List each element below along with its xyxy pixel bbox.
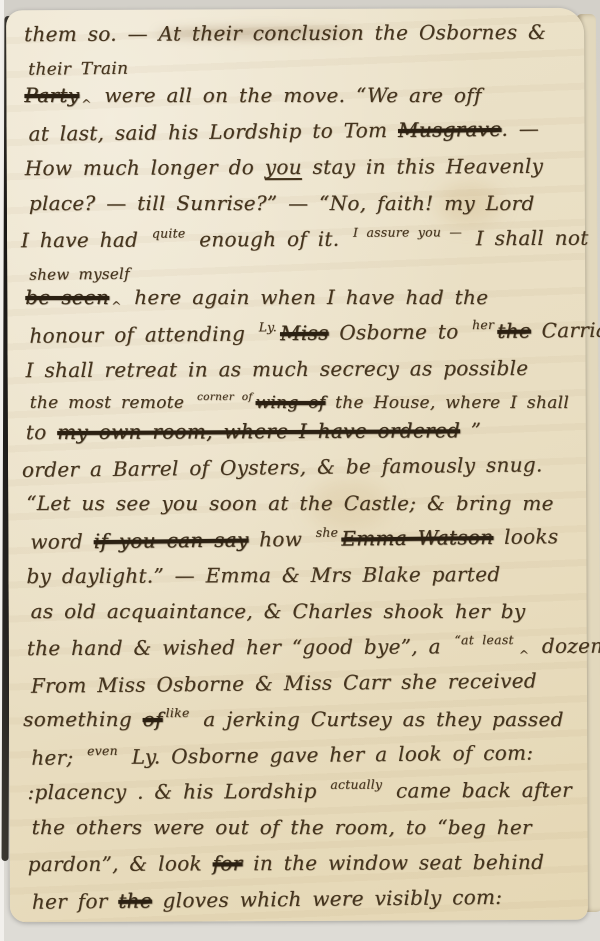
- caret-mark: ^: [111, 299, 121, 313]
- text-segment: order a Barrel of Oysters, & be famously…: [22, 452, 543, 481]
- text-segment: the hand & wished her “good bye”, a: [27, 634, 452, 660]
- manuscript-line: order a Barrel of Oysters, & be famously…: [20, 452, 578, 494]
- text-segment: by daylight.” — Emma & Mrs Blake parted: [26, 562, 500, 588]
- text-segment: Osborne to: [328, 319, 469, 344]
- inserted-text: “at least: [454, 632, 513, 647]
- manuscript-line: place? — till Sunrise?” — “No, faith! my…: [19, 191, 577, 227]
- deleted-text: the: [118, 889, 152, 913]
- text-segment: shew myself: [29, 265, 130, 284]
- text-segment: as old acquaintance, & Charles shook her…: [31, 599, 526, 623]
- underlined-text: you: [265, 155, 302, 179]
- deleted-text: Emma Watson: [341, 525, 493, 551]
- caret-mark: ^: [81, 97, 91, 111]
- manuscript-line: to my own room, where I have ordered ”: [20, 418, 578, 456]
- text-segment: I have had: [21, 228, 149, 253]
- deleted-text: wing of: [256, 393, 326, 413]
- text-segment: her;: [31, 745, 84, 770]
- text-segment: pardon”, & look: [28, 851, 213, 876]
- manuscript-line: be seen^ here again when I have had the: [19, 285, 577, 321]
- text-segment: stay in this Heavenly: [302, 154, 543, 179]
- text-segment: the House, where I shall: [325, 393, 569, 413]
- inserted-text: I assure you —: [353, 224, 462, 239]
- text-segment: looks: [493, 524, 558, 549]
- text-segment: how: [248, 527, 313, 552]
- manuscript-line: at last, said his Lordship to Tom Musgra…: [18, 116, 576, 158]
- text-segment: the most remote: [30, 393, 194, 413]
- text-segment: something: [23, 707, 142, 731]
- manuscript-line: something oflike a jerking Curtsey as th…: [21, 707, 579, 743]
- text-segment: the others were out of the room, to “beg…: [32, 815, 532, 839]
- text-segment: their Train: [28, 59, 128, 80]
- text-segment: in the window seat behind: [242, 850, 544, 875]
- manuscript-line: the others were out of the room, to “beg…: [22, 815, 580, 851]
- deleted-text: Miss: [280, 321, 329, 346]
- text-segment: were all on the move. “We are off: [94, 83, 482, 107]
- text-segment: a jerking Curtsey as they passed: [193, 707, 564, 731]
- manuscript-line: “Let us see you soon at the Castle; & br…: [20, 491, 578, 527]
- deleted-text: my own room, where I have ordered: [57, 418, 460, 444]
- text-segment: came back after: [385, 778, 572, 803]
- text-segment: to: [26, 420, 57, 444]
- manuscript-paper: them so. — At their conclusion the Osbor…: [6, 8, 588, 923]
- manuscript-line: From Miss Osborne & Miss Carr she receiv…: [21, 668, 579, 710]
- text-segment: How much longer do: [25, 155, 265, 180]
- text-segment: dozen times.: [531, 633, 600, 658]
- inserted-text: corner of: [197, 391, 253, 403]
- text-segment: Ly. Osborne gave her a look of com:: [121, 741, 534, 769]
- text-segment: “Let us see you soon at the Castle; & br…: [26, 491, 554, 515]
- manuscript-line: her for the gloves which were visibly co…: [22, 884, 580, 926]
- text-segment: From Miss Osborne & Miss Carr she receiv…: [31, 669, 537, 698]
- manuscript-line: shew myself: [19, 260, 577, 288]
- inserted-text: quite: [152, 225, 186, 240]
- deleted-text: be seen: [25, 285, 109, 309]
- manuscript-text: them so. — At their conclusion the Osbor…: [18, 20, 580, 916]
- deleted-text: Musgrave: [398, 117, 502, 142]
- manuscript-line: pardon”, & look for in the window seat b…: [22, 850, 580, 888]
- text-segment: :placency . & his Lordship: [27, 779, 327, 804]
- deleted-text: of: [143, 707, 163, 731]
- manuscript-line: I shall retreat in as much secrecy as po…: [20, 356, 578, 394]
- text-segment: honour of attending: [29, 321, 256, 347]
- deleted-text: Party: [24, 83, 79, 107]
- text-segment: her for: [32, 889, 119, 914]
- manuscript-line: honour of attending Ly.Miss Osborne to h…: [19, 318, 577, 360]
- manuscript-line: word if you can say how sheEmma Watson l…: [20, 524, 578, 566]
- text-segment: them so. — At their conclusion the Osbor…: [24, 20, 546, 46]
- text-segment: . —: [501, 116, 539, 140]
- inserted-text: like: [166, 705, 190, 720]
- manuscript-line: the hand & wished her “good bye”, a “at …: [21, 634, 579, 672]
- manuscript-line: their Train: [18, 54, 576, 86]
- caret-mark: ^: [519, 648, 529, 662]
- text-segment: Carriage.: [531, 317, 600, 342]
- text-segment: word: [30, 529, 94, 554]
- manuscript-line: Party^ were all on the move. “We are off: [18, 83, 576, 119]
- text-segment: here again when I have had the: [124, 285, 489, 309]
- text-segment: place? — till Sunrise?” — “No, faith! my…: [29, 191, 535, 215]
- manuscript-line: her; even Ly. Osborne gave her a look of…: [21, 740, 579, 782]
- manuscript-line: them so. — At their conclusion the Osbor…: [18, 20, 576, 58]
- deleted-text: for: [213, 851, 243, 875]
- text-segment: enough of it.: [188, 227, 350, 252]
- text-segment: at last, said his Lordship to Tom: [28, 118, 398, 146]
- manuscript-line: I have had quite enough of it. I assure …: [19, 226, 577, 264]
- manuscript-line: as old acquaintance, & Charles shook her…: [21, 599, 579, 635]
- inserted-text: even: [87, 743, 118, 758]
- inserted-text: actually: [330, 776, 382, 791]
- text-segment: ”: [460, 418, 481, 442]
- deleted-text: the: [497, 319, 531, 343]
- inserted-text: Ly.: [259, 319, 277, 334]
- inserted-text: her: [472, 317, 494, 332]
- text-segment: I shall retreat in as much secrecy as po…: [26, 356, 529, 382]
- manuscript-line: the most remote corner ofwing of the Hou…: [20, 393, 578, 419]
- text-segment: I shall not: [465, 226, 599, 251]
- manuscript-line: :placency . & his Lordship actually came…: [21, 778, 579, 816]
- text-segment: gloves which were visibly com:: [152, 885, 503, 913]
- inserted-text: she: [316, 524, 339, 539]
- photo-background: { "meta": { "description": "Photograph o…: [0, 0, 600, 941]
- manuscript-line: by daylight.” — Emma & Mrs Blake parted: [20, 562, 578, 600]
- deleted-text: if you can say: [94, 528, 249, 554]
- manuscript-line: How much longer do you stay in this Heav…: [19, 154, 577, 192]
